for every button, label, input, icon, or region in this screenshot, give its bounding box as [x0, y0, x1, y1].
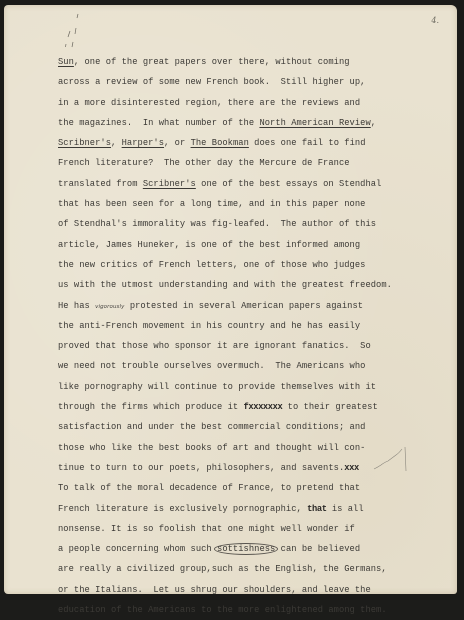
- text-segment: does one fail to find: [249, 138, 366, 148]
- text-line: nonsense. It is so foolish that one migh…: [58, 519, 458, 539]
- text-line: are really a civilized group,such as the…: [58, 559, 458, 579]
- typescript-page: 4. Sun, one of the great papers over the…: [4, 5, 457, 594]
- text-segment: those who like the best books of art and…: [58, 443, 365, 453]
- text-line: the magazines. In what number of the Nor…: [58, 113, 458, 133]
- text-segment: to their greatest: [282, 402, 377, 412]
- text-segment: protested in several American papers aga…: [125, 301, 364, 311]
- text-line: Sun, one of the great papers over there,…: [58, 52, 458, 72]
- text-u: Scribner's: [143, 179, 196, 189]
- text-line: Scribner's, Harper's, or The Bookman doe…: [58, 133, 458, 153]
- margin-pencil-mark-icon: [372, 441, 412, 481]
- text-segment: through the firms which produce it: [58, 402, 244, 412]
- text-line: translated from Scribner's one of the be…: [58, 174, 458, 194]
- text-line: of Stendhal's immorality was fig-leafed.…: [58, 214, 458, 234]
- text-struck: xxx: [344, 463, 359, 473]
- text-segment: like pornography will continue to provid…: [58, 382, 376, 392]
- text-line: French literature? The other day the Mer…: [58, 153, 458, 173]
- text-line: across a review of some new French book.…: [58, 72, 458, 92]
- text-segment: He has: [58, 301, 95, 311]
- text-line: French literature is exclusively pornogr…: [58, 499, 458, 519]
- text-segment: , one of the great papers over there, wi…: [74, 57, 350, 67]
- text-segment: ,: [371, 118, 376, 128]
- text-line: like pornography will continue to provid…: [58, 377, 458, 397]
- text-segment: French literature is exclusively pornogr…: [58, 504, 307, 514]
- text-line: through the firms which produce it fxxxx…: [58, 397, 458, 417]
- text-line: proved that those who sponsor it are ign…: [58, 336, 458, 356]
- text-segment: that has been seen for a long time, and …: [58, 199, 365, 209]
- text-struck: fxxxxxxx: [244, 402, 283, 412]
- text-segment: can be believed: [275, 544, 360, 554]
- text-line: in a more disinterested region, there ar…: [58, 93, 458, 113]
- typescript-body: Sun, one of the great papers over there,…: [58, 52, 458, 600]
- text-segment: one of the best essays on Stendhal: [196, 179, 382, 189]
- text-segment: tinue to turn to our poets, philosophers…: [58, 463, 344, 473]
- text-line: To talk of the moral decadence of France…: [58, 478, 458, 498]
- text-segment: the anti-French movement in his country …: [58, 321, 360, 331]
- text-segment: ,: [111, 138, 122, 148]
- text-line: the anti-French movement in his country …: [58, 316, 458, 336]
- text-u: Harper's: [122, 138, 164, 148]
- text-line: the new critics of French letters, one o…: [58, 255, 458, 275]
- text-segment: of Stendhal's immorality was fig-leafed.…: [58, 219, 376, 229]
- text-segment: nonsense. It is so foolish that one migh…: [58, 524, 355, 534]
- text-struck: that: [307, 504, 326, 514]
- text-circled: sottishness: [214, 543, 278, 555]
- text-segment: the magazines. In what number of the: [58, 118, 259, 128]
- text-segment: translated from: [58, 179, 143, 189]
- text-segment: we need not trouble ourselves overmuch. …: [58, 361, 365, 371]
- pencil-slash-marks-icon: [56, 9, 86, 49]
- text-u: Sun: [58, 57, 74, 67]
- text-line: satisfaction and under the best commerci…: [58, 417, 458, 437]
- text-u: The Bookman: [191, 138, 249, 148]
- text-segment: a people concerning whom such: [58, 544, 217, 554]
- page-number: 4.: [431, 16, 439, 25]
- text-segment: across a review of some new French book.…: [58, 77, 365, 87]
- text-line: article, James Huneker, is one of the be…: [58, 235, 458, 255]
- text-segment: To talk of the moral decadence of France…: [58, 483, 360, 493]
- text-u: Scribner's: [58, 138, 111, 148]
- text-segment: French literature? The other day the Mer…: [58, 158, 350, 168]
- text-segment: is all: [327, 504, 364, 514]
- text-handwritten: vigorously: [95, 304, 124, 310]
- text-u: North American Review: [259, 118, 370, 128]
- text-line: that has been seen for a long time, and …: [58, 194, 458, 214]
- text-segment: satisfaction and under the best commerci…: [58, 422, 365, 432]
- text-segment: us with the utmost understanding and wit…: [58, 280, 392, 290]
- text-segment: article, James Huneker, is one of the be…: [58, 240, 360, 250]
- text-line: or the Italians. Let us shrug our should…: [58, 580, 458, 600]
- text-line: a people concerning whom such sottishnes…: [58, 539, 458, 559]
- text-line: we need not trouble ourselves overmuch. …: [58, 356, 458, 376]
- text-line: us with the utmost understanding and wit…: [58, 275, 458, 295]
- text-segment: the new critics of French letters, one o…: [58, 260, 365, 270]
- text-segment: or the Italians. Let us shrug our should…: [58, 585, 371, 595]
- text-line: He has vigorously protested in several A…: [58, 296, 458, 316]
- text-segment: are really a civilized group,such as the…: [58, 564, 387, 574]
- text-segment: proved that those who sponsor it are ign…: [58, 341, 371, 351]
- text-segment: in a more disinterested region, there ar…: [58, 98, 360, 108]
- text-segment: , or: [164, 138, 191, 148]
